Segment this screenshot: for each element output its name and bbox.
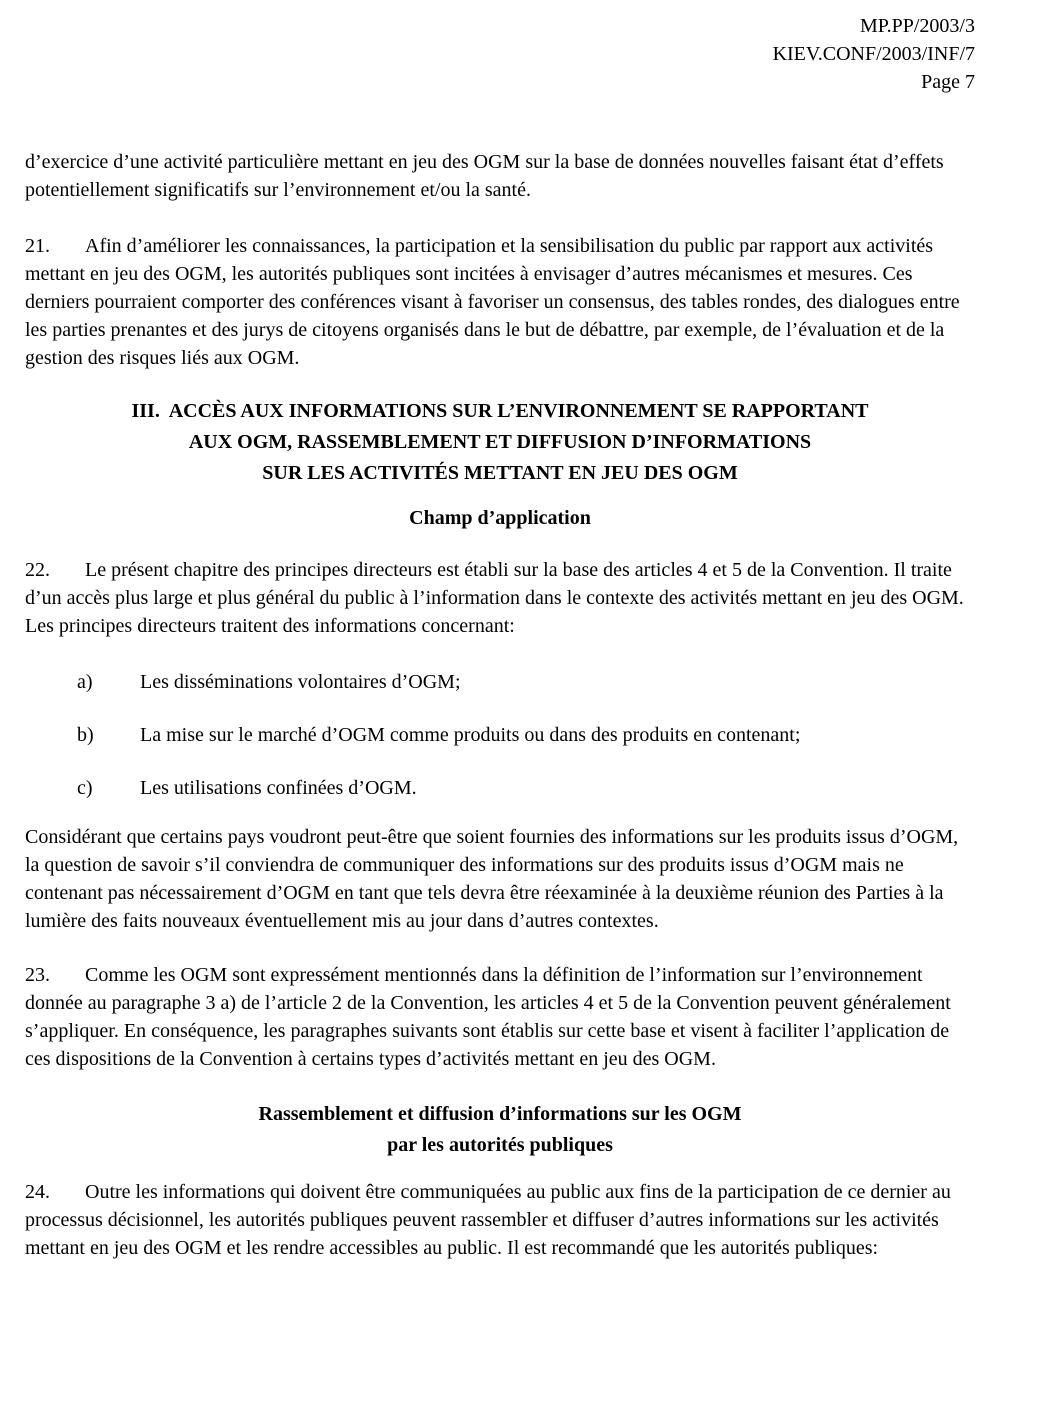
page-header: MP.PP/2003/3 KIEV.CONF/2003/INF/7 Page 7 <box>25 12 975 96</box>
paragraph-23-text: Comme les OGM sont expressément mentionn… <box>25 964 956 1070</box>
subheading-rassemblement-line-1: Rassemblement et diffusion d’information… <box>25 1099 975 1130</box>
section-heading-line-1: III. ACCÈS AUX INFORMATIONS SUR L’ENVIRO… <box>25 396 975 427</box>
list-item-b-text: La mise sur le marché d’OGM comme produi… <box>140 724 800 746</box>
paragraph-21-number: 21. <box>25 232 85 260</box>
list-item-c-label: c) <box>77 774 140 802</box>
paragraph-22-text: Le présent chapitre des principes direct… <box>25 559 969 637</box>
paragraph-24: 24.Outre les informations qui doivent êt… <box>25 1178 975 1262</box>
section-heading-iii: III. ACCÈS AUX INFORMATIONS SUR L’ENVIRO… <box>25 396 975 489</box>
paragraph-24-number: 24. <box>25 1178 85 1206</box>
section-heading-line-3: SUR LES ACTIVITÉS METTANT EN JEU DES OGM <box>25 458 975 489</box>
paragraph-23-number: 23. <box>25 961 85 989</box>
paragraph-22: 22.Le présent chapitre des principes dir… <box>25 556 975 640</box>
section-heading-line-2: AUX OGM, RASSEMBLEMENT ET DIFFUSION D’IN… <box>25 427 975 458</box>
doc-symbol-line-1: MP.PP/2003/3 <box>25 12 975 40</box>
subheading-rassemblement: Rassemblement et diffusion d’information… <box>25 1099 975 1161</box>
page-number: Page 7 <box>25 68 975 96</box>
subheading-rassemblement-line-2: par les autorités publiques <box>25 1130 975 1161</box>
paragraph-21: 21.Afin d’améliorer les connaissances, l… <box>25 232 975 372</box>
list-item-a-text: Les disséminations volontaires d’OGM; <box>140 671 461 693</box>
document-page: MP.PP/2003/3 KIEV.CONF/2003/INF/7 Page 7… <box>0 0 1039 1404</box>
paragraph-21-text: Afin d’améliorer les connaissances, la p… <box>25 235 965 369</box>
subheading-champ-application: Champ d’application <box>25 504 975 532</box>
lettered-list: a)Les disséminations volontaires d’OGM; … <box>25 668 975 802</box>
list-item-a-label: a) <box>77 668 140 696</box>
paragraph-24-text: Outre les informations qui doivent être … <box>25 1181 956 1259</box>
list-item-c: c)Les utilisations confinées d’OGM. <box>77 774 975 802</box>
list-item-b: b)La mise sur le marché d’OGM comme prod… <box>77 721 975 749</box>
paragraph-23: 23.Comme les OGM sont expressément menti… <box>25 961 975 1073</box>
paragraph-considerant: Considérant que certains pays voudront p… <box>25 823 975 935</box>
paragraph-continuation: d’exercice d’une activité particulière m… <box>25 148 975 204</box>
list-item-b-label: b) <box>77 721 140 749</box>
list-item-c-text: Les utilisations confinées d’OGM. <box>140 777 417 799</box>
list-item-a: a)Les disséminations volontaires d’OGM; <box>77 668 975 696</box>
paragraph-22-number: 22. <box>25 556 85 584</box>
doc-symbol-line-2: KIEV.CONF/2003/INF/7 <box>25 40 975 68</box>
